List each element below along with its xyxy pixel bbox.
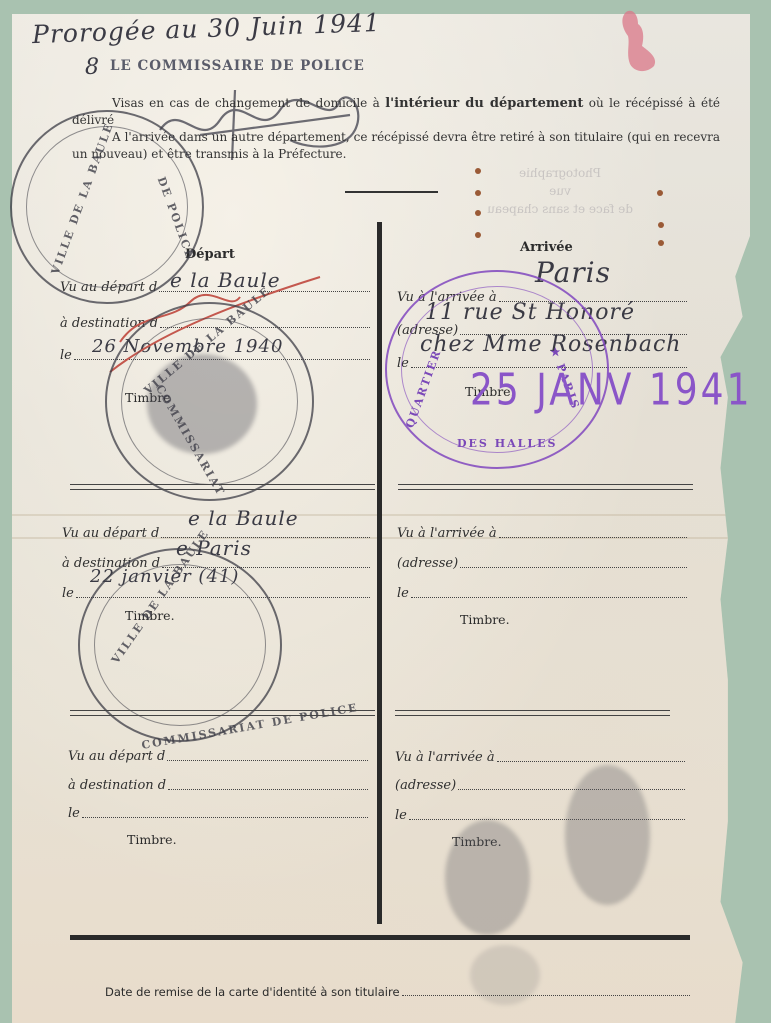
- arrivee-3-vu-a-larrivee: Vu à l'arrivée à: [395, 750, 685, 765]
- section-divider: [398, 484, 693, 490]
- arrivee-2-adresse: (adresse): [397, 556, 687, 571]
- arrivee-2-date: le: [397, 586, 687, 601]
- handwritten-mark: 8: [85, 55, 100, 80]
- fingerprint-right: [565, 765, 650, 905]
- photo-placeholder: Photographie vue de face et sans chapeau: [460, 164, 660, 242]
- section-divider: [70, 710, 375, 716]
- commissaire-header: LE COMMISSAIRE DE POLICE: [110, 58, 365, 74]
- section-divider: [395, 710, 670, 716]
- arrivee-2-vu-a-larrivee: Vu à l'arrivée à: [397, 526, 687, 541]
- arrival-date-stamp: 25 JANV 1941: [470, 366, 752, 415]
- la-baule-police-stamp: VILLE DE LA BAULE COMMISSARIAT: [105, 302, 314, 501]
- column-divider: [377, 222, 382, 924]
- section-divider: [70, 484, 375, 490]
- depart-3-vu-au-depart: Vu au départ d: [68, 749, 368, 764]
- signature-line: [345, 191, 438, 193]
- arrivee-2-timbre: Timbre.: [460, 612, 510, 627]
- depart-3-timbre: Timbre.: [127, 832, 177, 847]
- bottom-rule: [70, 935, 690, 940]
- arrivee-3-adresse: (adresse): [395, 778, 685, 793]
- depart-3-destination: à destination d: [68, 778, 368, 793]
- depart-2-vu-au-depart-value: e la Baule: [188, 506, 299, 530]
- fingerprint-left: [445, 820, 530, 935]
- identity-card-delivery-date-field: Date de remise de la carte d'identité à …: [105, 985, 690, 999]
- la-baule-police-stamp-top: VILLE DE LA BAULE DE POLICE: [10, 110, 204, 304]
- ink-blot: [620, 8, 660, 78]
- depart-3-date: le: [68, 806, 368, 821]
- arrivee-heading: Arrivée: [520, 240, 573, 255]
